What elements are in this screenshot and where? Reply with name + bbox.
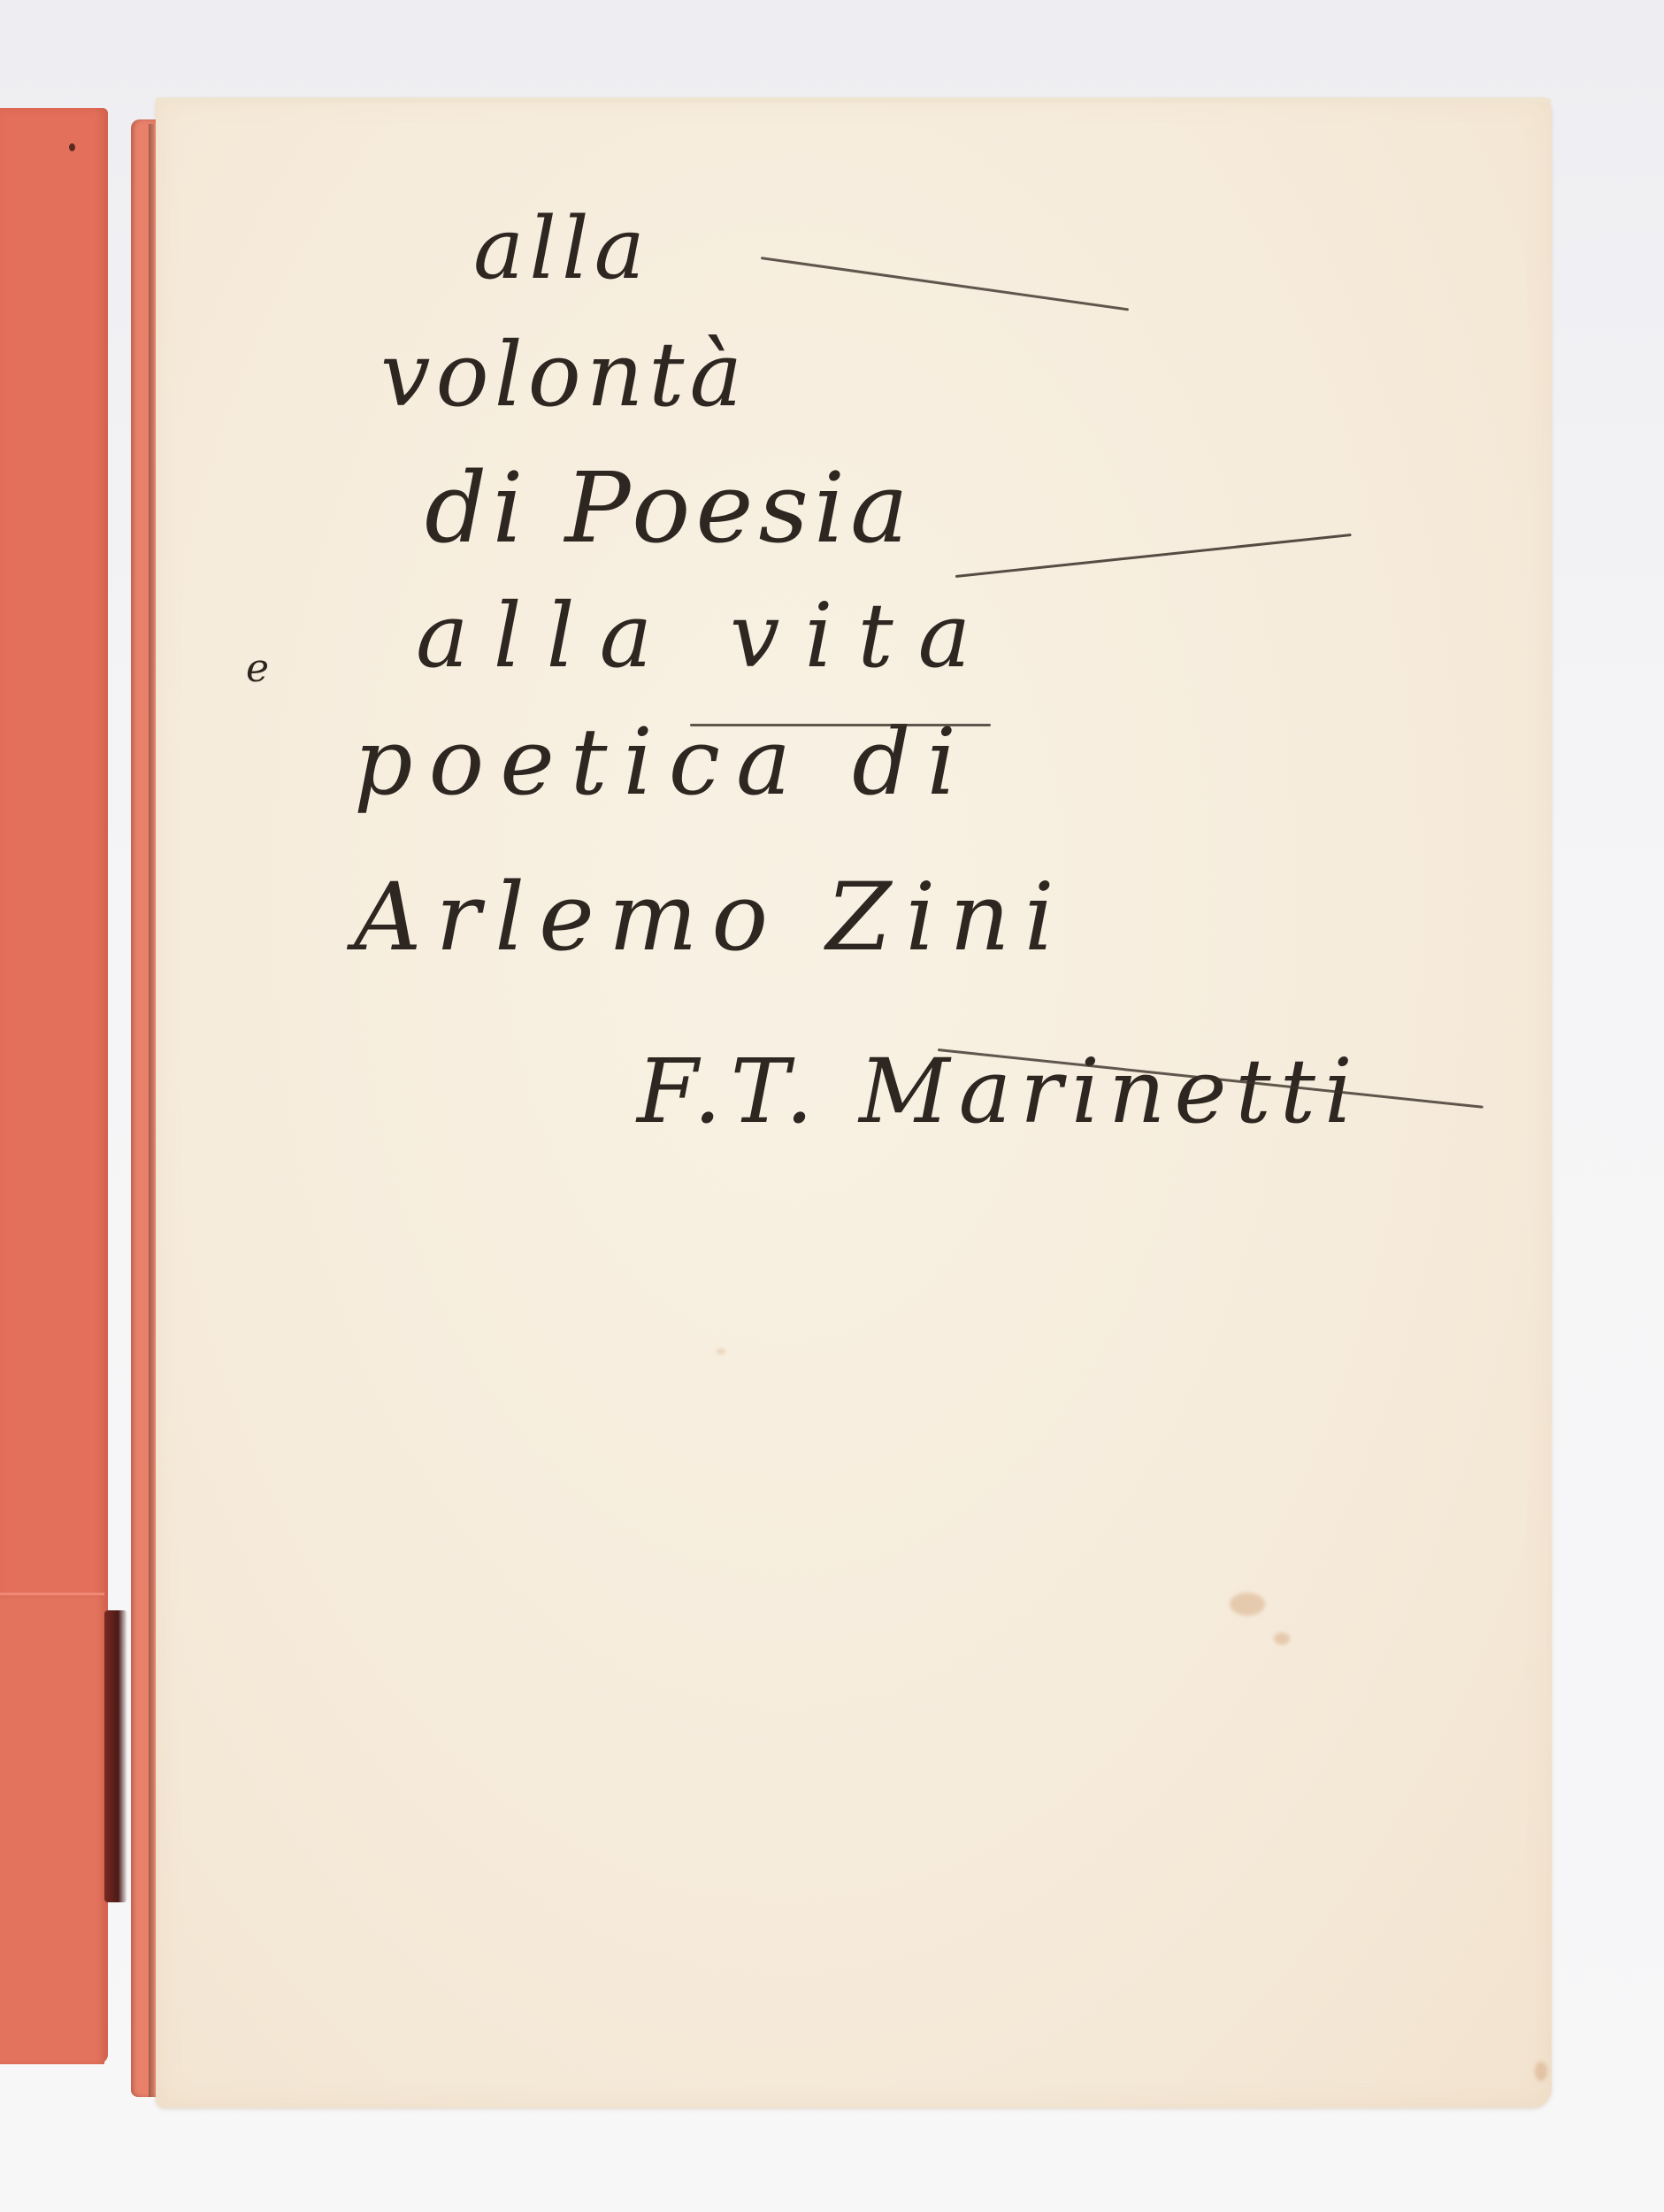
inscription-line-alla-vita: alla vita [416,584,995,687]
foxing-spot [1274,1632,1290,1645]
inscription-line-alla: alla [473,199,650,298]
foxing-spot [1535,2062,1547,2081]
spine-gap-shadow [104,1610,127,1902]
page-top-edge [156,97,1552,103]
inscription-conjunction-e: e [246,646,274,691]
foxing-spot [717,1349,725,1354]
cover-wormhole [69,143,75,151]
spine-gutter [149,124,154,2097]
inscription-line-name: Arlemo Zini [354,863,1069,972]
book-photograph: alla volontà di Poesia e alla vita poeti… [0,0,1664,2212]
inscription-line-di-poesia: di Poesia [425,451,914,565]
inscription-line-volonta: volontà [380,323,748,426]
foxing-spot [1230,1593,1265,1616]
flourish-stroke [690,724,991,726]
torn-cover-flap [0,1593,104,2064]
